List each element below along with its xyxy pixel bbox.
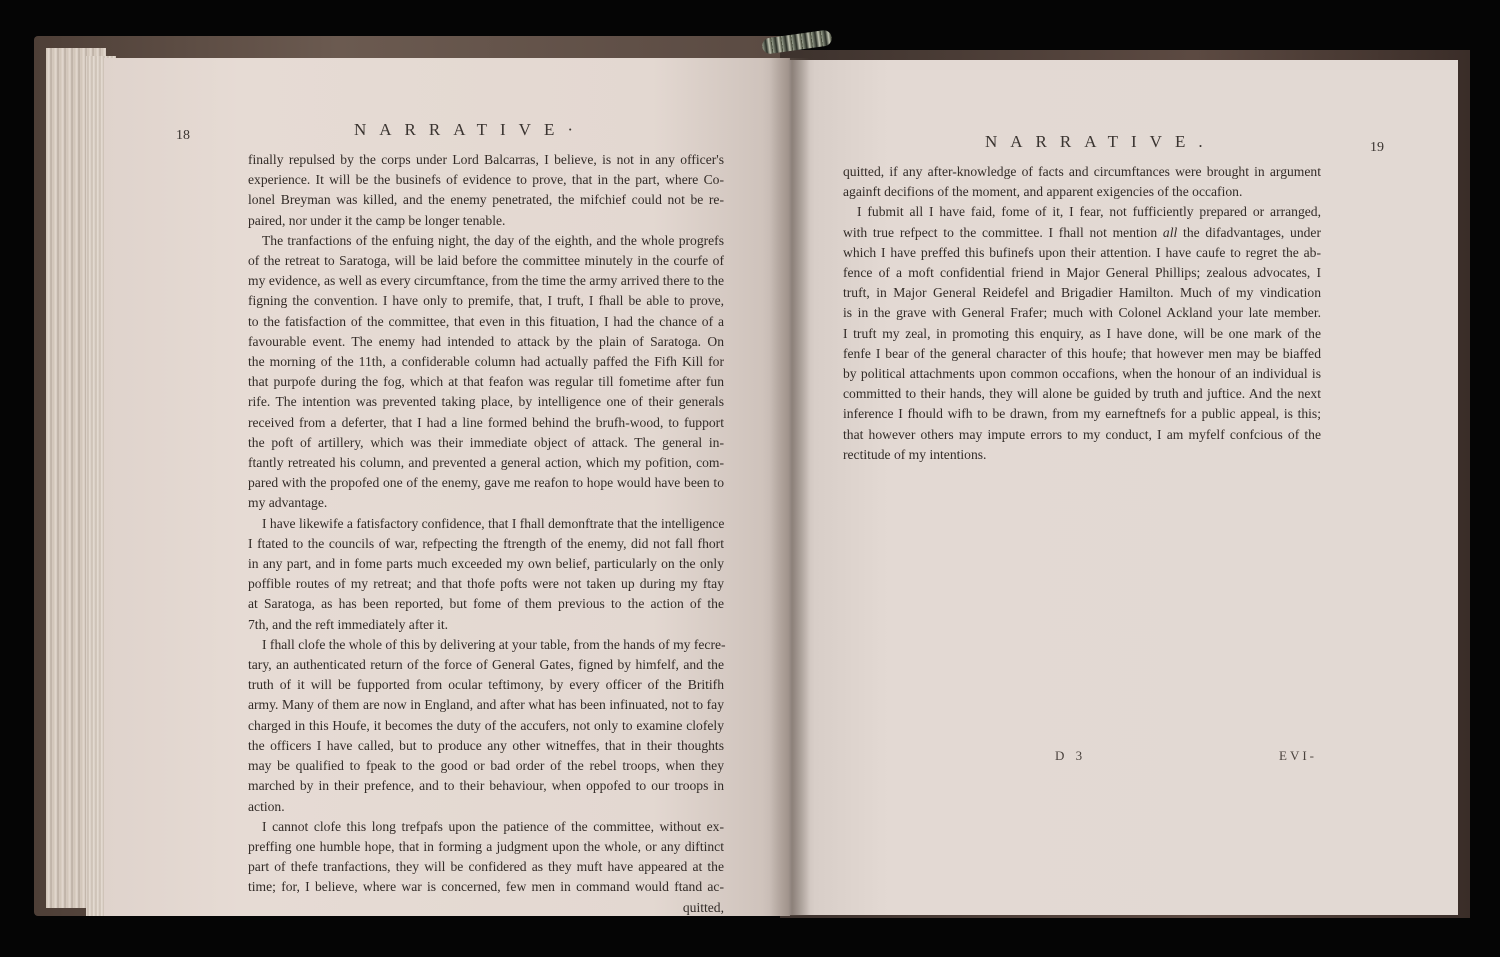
text-line: my advantage. [248,493,724,513]
text-line: the morning of the 11th, a confiderable … [248,352,724,372]
text-line: part of thefe tranfactions, they will be… [248,857,724,877]
text-line: favourable event. The enemy had intended… [248,332,724,352]
text-line: of the retreat to Saratoga, will be laid… [248,251,724,271]
left-running-head: NARRATIVE· [354,120,586,140]
text-line: is in the grave with General Frafer; muc… [843,303,1321,323]
text-line: fence of a moft confidential friend in M… [843,263,1321,283]
text-line: that however others may impute errors to… [843,425,1321,445]
left-page-number: 18 [176,128,190,144]
text-line: which I have preffed this bufinefs upon … [843,243,1321,263]
right-running-head: NARRATIVE. [985,132,1216,152]
text-line: preffing one humble hope, that in formin… [248,837,724,857]
text-line: I truft my zeal, in promoting this enqui… [843,324,1321,344]
text-line: committed to their hands, they will alon… [843,384,1321,404]
text-line: time; for, I believe, where war is conce… [248,877,724,897]
text-line: marched by in their prefence, and to the… [248,776,724,796]
text-line: truft, in Major General Reidefel and Bri… [843,283,1321,303]
text-line: rectitude of my intentions. [843,445,1321,465]
text-line: that purpofe during the fog, which at th… [248,372,724,392]
text-line: I have likewife a fatisfactory confidenc… [248,514,724,534]
text-line: lonel Breyman was killed, and the enemy … [248,190,724,210]
text-line: the officers I have called, but to produ… [248,736,724,756]
text-line: in any part, and in fome parts much exce… [248,554,724,574]
text-line: inference I fhould wifh to be drawn, fro… [843,404,1321,424]
text-line: paired, nor under it the camp be longer … [248,211,724,231]
text-line: fenfe I bear of the general character of… [843,344,1321,364]
catchword: EVI- [1279,748,1317,764]
text-line: army. Many of them are now in England, a… [248,695,724,715]
text-line: tary, an authenticated return of the for… [248,655,724,675]
text-line: quitted, if any after-knowledge of facts… [843,162,1321,182]
text-line: rife. The intention was prevented taking… [248,392,724,412]
text-line: truth of it will be fupported from ocula… [248,675,724,695]
signature-mark: D 3 [1055,748,1086,764]
text-line: I fubmit all I have faid, fome of it, I … [843,202,1321,222]
text-line: poffible routes of my retreat; and that … [248,574,724,594]
text-line: the poft of artillery, which was their i… [248,433,724,453]
text-line: ftantly retreated his column, and preven… [248,453,724,473]
text-line: I ftated to the councils of war, refpect… [248,534,724,554]
text-line: with true refpect to the committee. I fh… [843,223,1321,243]
text-line: action. [248,797,724,817]
text-line: at Saratoga, as has been reported, but f… [248,594,724,614]
text-line: to the fatisfaction of the committee, th… [248,312,724,332]
text-line: quitted, [248,898,724,918]
left-page-body: finally repulsed by the corps under Lord… [248,150,724,918]
text-line: experience. It will be the businefs of e… [248,170,724,190]
right-page-body: quitted, if any after-knowledge of facts… [843,162,1321,465]
text-line: received from a deferter, that I had a l… [248,413,724,433]
text-line: 7th, and the reft immediately after it. [248,615,724,635]
text-line: charged in this Houfe, it becomes the du… [248,716,724,736]
text-line: may be qualified to fpeak to the good or… [248,756,724,776]
text-line: my evidence, as well as every circumftan… [248,271,724,291]
text-line: pared with the propofed one of the enemy… [248,473,724,493]
text-line: finally repulsed by the corps under Lord… [248,150,724,170]
book-gutter [770,58,810,916]
right-page-number: 19 [1370,140,1384,156]
text-line: figning the convention. I have only to p… [248,291,724,311]
text-line: by political attachments upon common occ… [843,364,1321,384]
text-line: againft decifions of the moment, and app… [843,182,1321,202]
text-line: I fhall clofe the whole of this by deliv… [248,635,724,655]
text-line: I cannot clofe this long trefpafs upon t… [248,817,724,837]
text-line: The tranfactions of the enfuing night, t… [248,231,724,251]
